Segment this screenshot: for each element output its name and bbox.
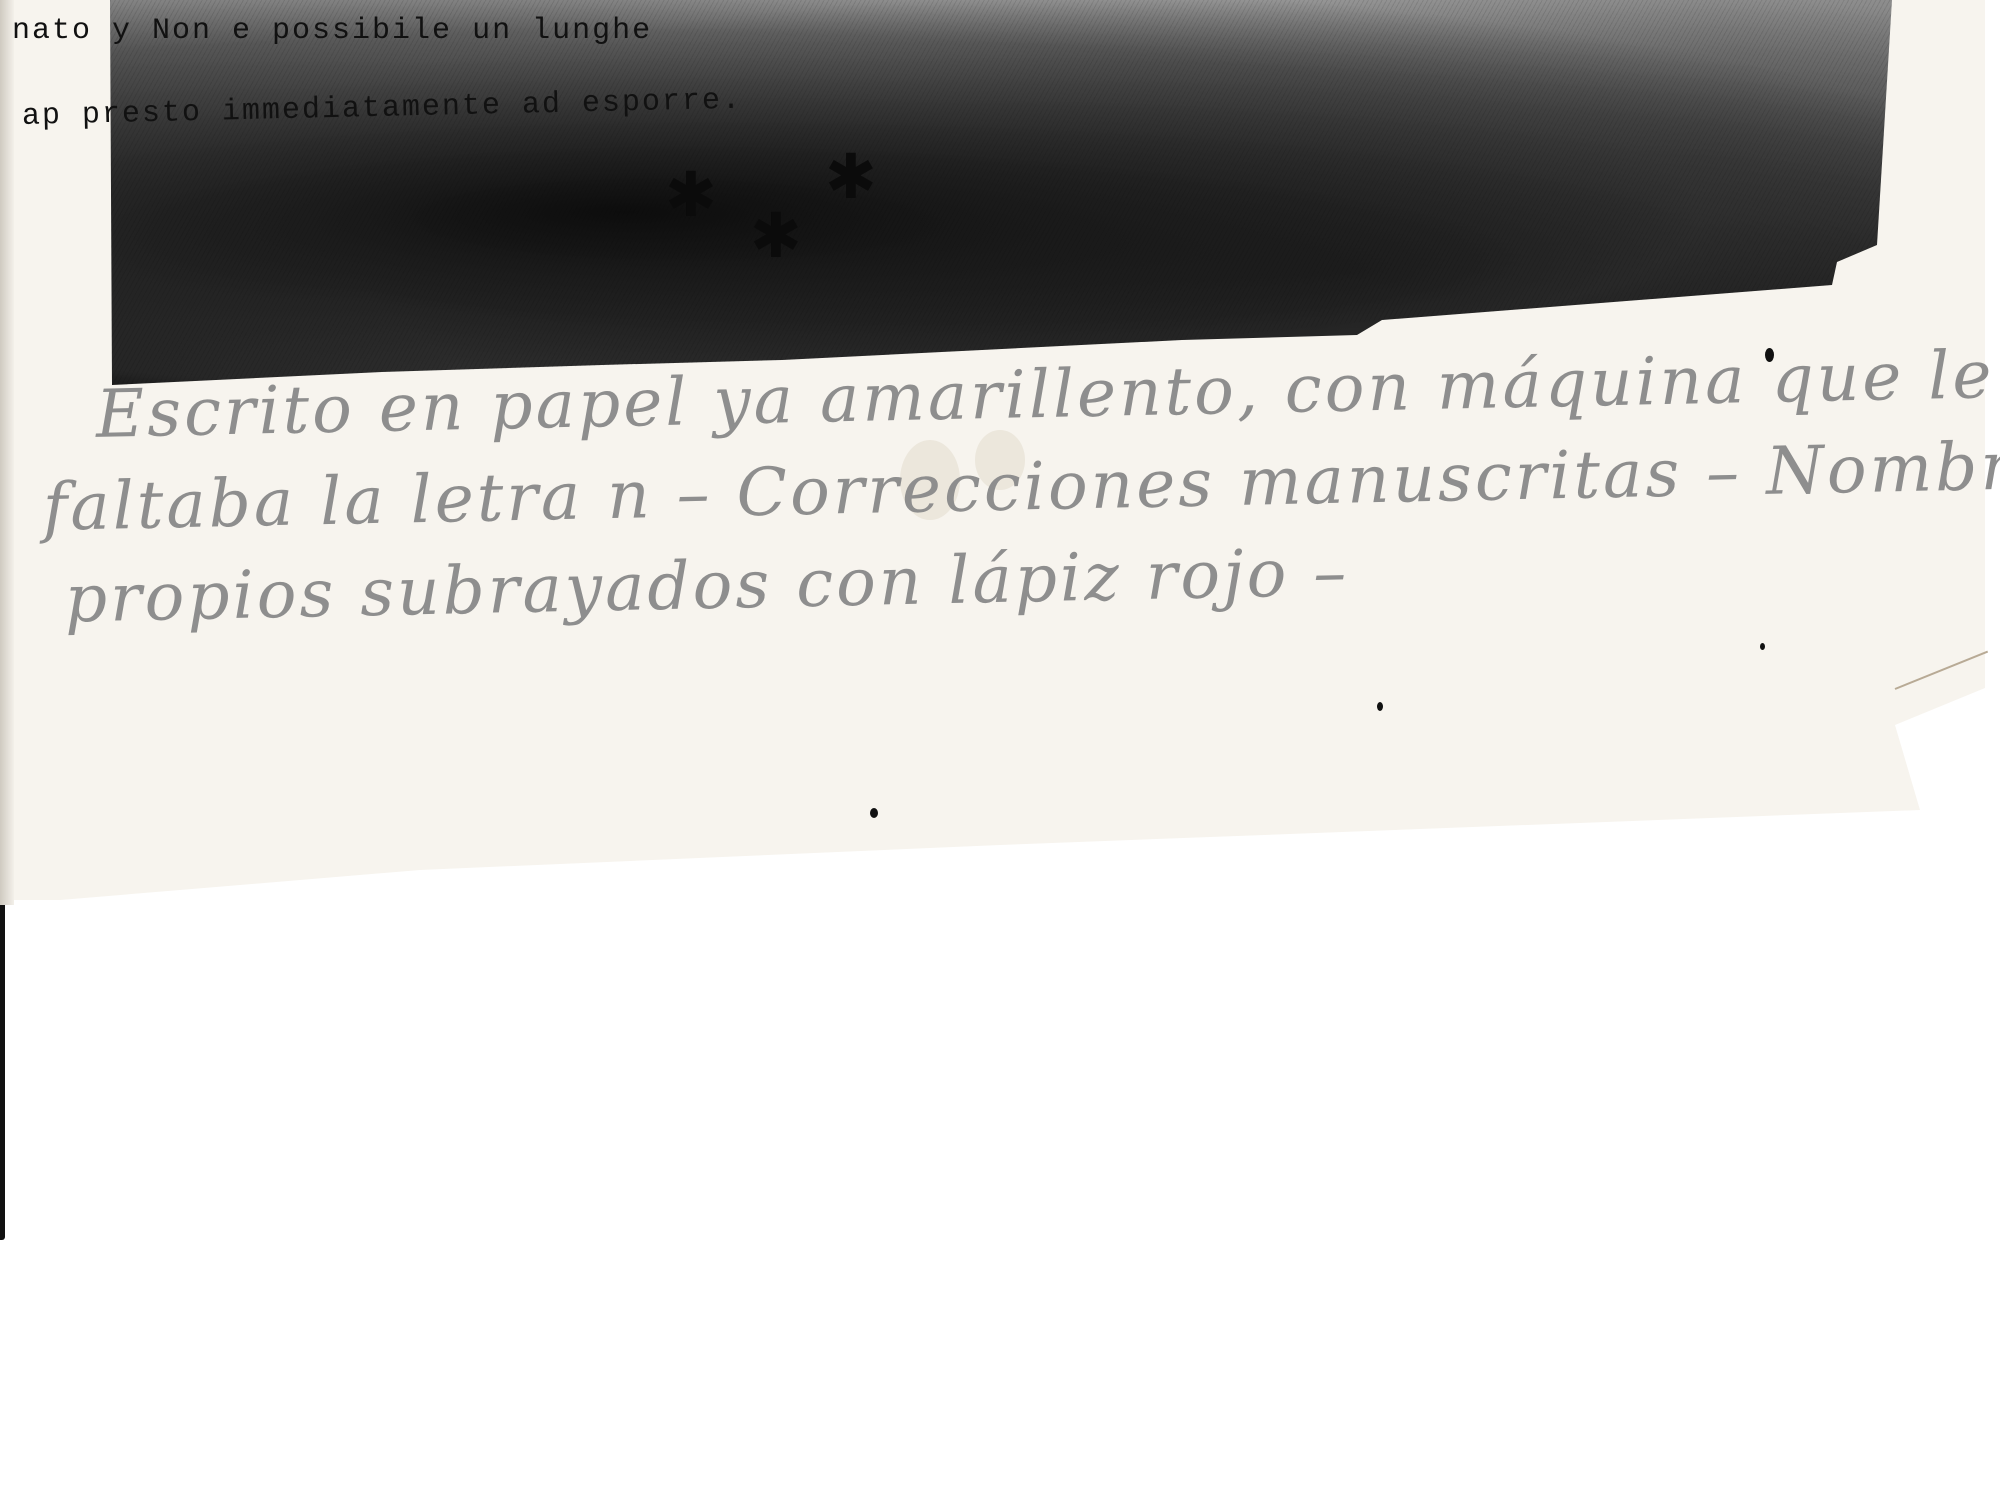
ink-speck — [870, 808, 878, 818]
asterism-separator: ✱ ✱ ✱ — [655, 150, 895, 270]
asterisk-icon: ✱ — [665, 164, 717, 226]
handwritten-note: Escrito en papel ya amarillento, con máq… — [40, 330, 1945, 646]
asterisk-icon: ✱ — [750, 205, 802, 267]
scanner-edge — [0, 905, 5, 1240]
ink-speck — [1377, 702, 1383, 711]
paper-left-shadow — [0, 0, 14, 905]
ink-speck — [1760, 643, 1765, 650]
typed-line-1: nato y Non e possibile un lunghe — [12, 14, 652, 48]
asterisk-icon: ✱ — [825, 146, 877, 208]
ink-speck — [1765, 348, 1774, 362]
